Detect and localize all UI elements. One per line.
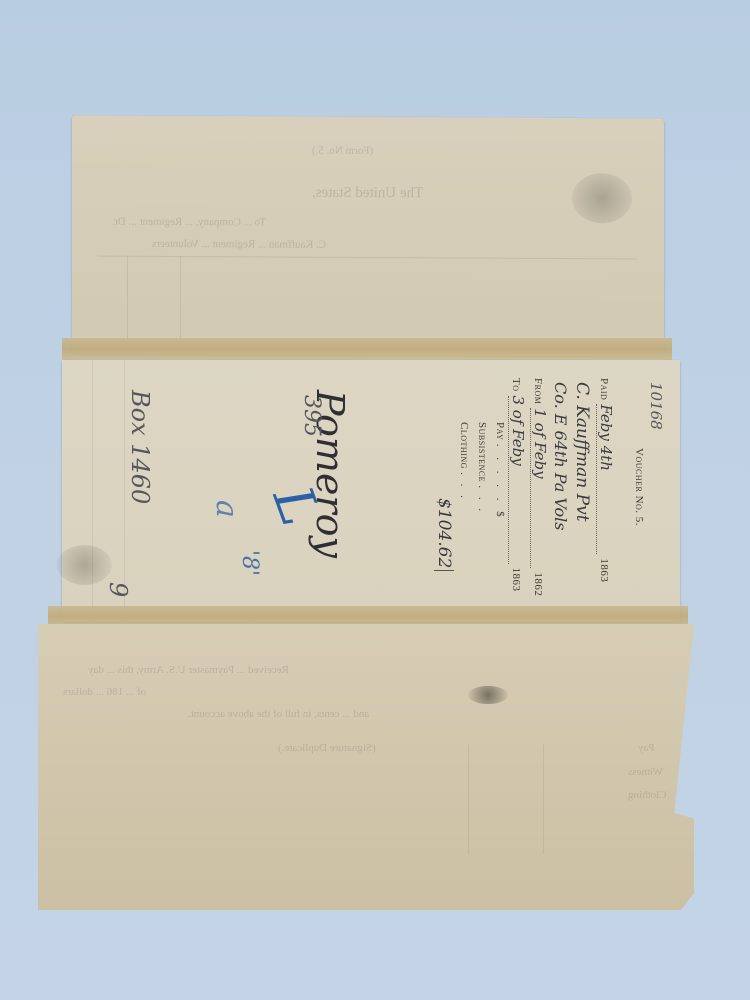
pay-dollar-sign: $ <box>494 511 506 517</box>
paid-label: Paid <box>598 378 610 400</box>
heading-bleed: The United States, <box>312 185 423 203</box>
bleed-pay-label: Pay <box>638 742 655 754</box>
from-year: 1862 <box>532 572 544 596</box>
to-year: 1863 <box>510 568 522 592</box>
table-col-rule <box>468 744 469 854</box>
payee-name: C. Kauffman Pvt <box>572 382 592 522</box>
smudge-stain <box>57 545 112 585</box>
subsistence-line: Subsistence . . . <box>476 422 488 514</box>
pay-label: Pay <box>494 422 506 440</box>
stamp-stain <box>572 173 632 223</box>
bleed-line-2: C. Kauffman ... Regiment ... Volunteers <box>152 238 326 251</box>
total-amount: $104.62 <box>434 498 454 571</box>
blue-note: '8' <box>237 550 262 576</box>
paid-date: Feby 4th <box>596 404 615 554</box>
pencil-number: 395 <box>299 395 324 437</box>
form-number-bleed: (Form No. 5.) <box>312 145 373 157</box>
box-suffix: 9 <box>104 582 132 597</box>
voucher-middle-panel: 10168 Voucher No. 5. Paid Feby 4th 1863 … <box>62 360 680 622</box>
table-col-rule <box>127 256 128 346</box>
from-label: From <box>532 378 544 404</box>
ink-blot <box>468 686 508 704</box>
subsistence-label: Subsistence <box>476 422 488 482</box>
bleed-clothing-label: Clothing <box>628 789 667 801</box>
from-date: 1 of Feby <box>530 408 549 568</box>
clothing-line: Clothing . . . <box>458 422 470 501</box>
bleed-signature-label: (Signature Duplicate.) <box>278 742 376 754</box>
company-regiment: Co. E 64th Pa Vols <box>551 382 570 530</box>
bleed-received-line: Received ... Paymaster U.S. Army, this .… <box>88 664 289 676</box>
bleed-amount-line: of ... 186 ... dollars <box>63 686 146 698</box>
catalog-number: 10168 <box>647 382 665 430</box>
to-label: To <box>510 378 522 392</box>
to-line: To 3 of Feby 1863 <box>508 378 527 592</box>
voucher-top-panel: (Form No. 5.) The United States, To ... … <box>72 115 664 356</box>
from-line: From 1 of Feby 1862 <box>530 378 549 596</box>
clothing-label: Clothing <box>458 422 470 469</box>
table-col-rule <box>180 256 181 346</box>
paid-line: Paid Feby 4th 1863 <box>596 378 615 582</box>
blue-initials: a <box>209 500 244 518</box>
to-date: 3 of Feby <box>508 396 527 564</box>
paid-year: 1863 <box>598 558 610 582</box>
bleed-witness-label: Witness <box>628 766 663 778</box>
bleed-line-1: To ... Company, ... Regiment ... Dr. <box>112 216 266 229</box>
pay-line: Pay . . . . . $ <box>494 422 506 517</box>
bleed-cents-line: and ... cents, in full of the above acco… <box>188 708 369 720</box>
table-col-rule <box>543 744 544 854</box>
voucher-title: Voucher No. 5. <box>633 448 645 526</box>
box-note: Box 1460 <box>126 390 154 504</box>
table-rule <box>97 256 637 260</box>
fold-crease-upper <box>62 338 672 360</box>
voucher-bottom-panel: Received ... Paymaster U.S. Army, this .… <box>38 624 694 910</box>
